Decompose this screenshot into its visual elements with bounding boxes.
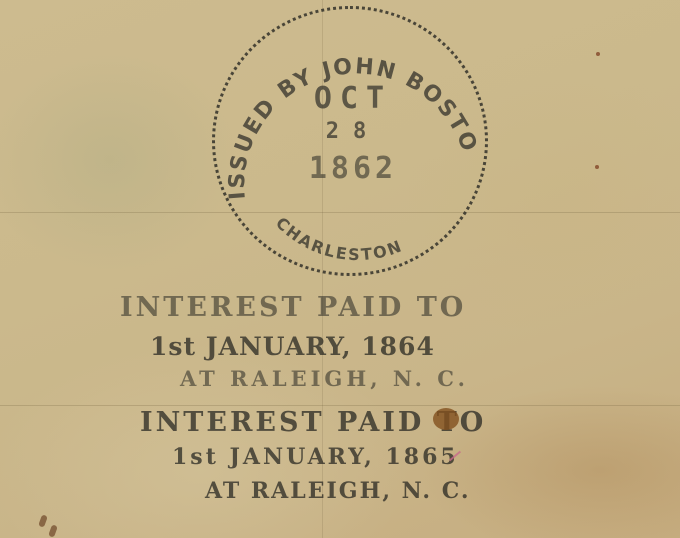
- seal-day: 28: [215, 119, 491, 144]
- brown-mark: [38, 514, 48, 527]
- speck: [596, 52, 600, 56]
- fold-line: [0, 405, 680, 406]
- stamp1-line2: 1st JANUARY, 1864: [150, 332, 435, 361]
- svg-text:CHARLESTON: CHARLESTON: [272, 213, 406, 264]
- stamp1-line3: AT RALEIGH, N. C.: [180, 366, 469, 391]
- circular-seal-stamp: ISSUED BY JOHN BOSTON CHARLESTON OCT 28 …: [212, 6, 488, 276]
- seal-year: 1862: [215, 151, 491, 186]
- document-paper: ISSUED BY JOHN BOSTON CHARLESTON OCT 28 …: [0, 0, 680, 538]
- seal-ring-text: ISSUED BY JOHN BOSTON CHARLESTON: [215, 9, 491, 279]
- stamp2-line3: AT RALEIGH, N. C.: [205, 478, 470, 504]
- stamp1-line1: INTEREST PAID TO: [120, 292, 466, 323]
- ink-stain: [433, 408, 459, 430]
- seal-arc-bottom: CHARLESTON: [272, 213, 406, 264]
- seal-month: OCT: [215, 81, 491, 116]
- stamp2-line2: 1st JANUARY, 1865: [172, 444, 459, 470]
- speck: [595, 165, 599, 169]
- brown-mark: [48, 524, 58, 537]
